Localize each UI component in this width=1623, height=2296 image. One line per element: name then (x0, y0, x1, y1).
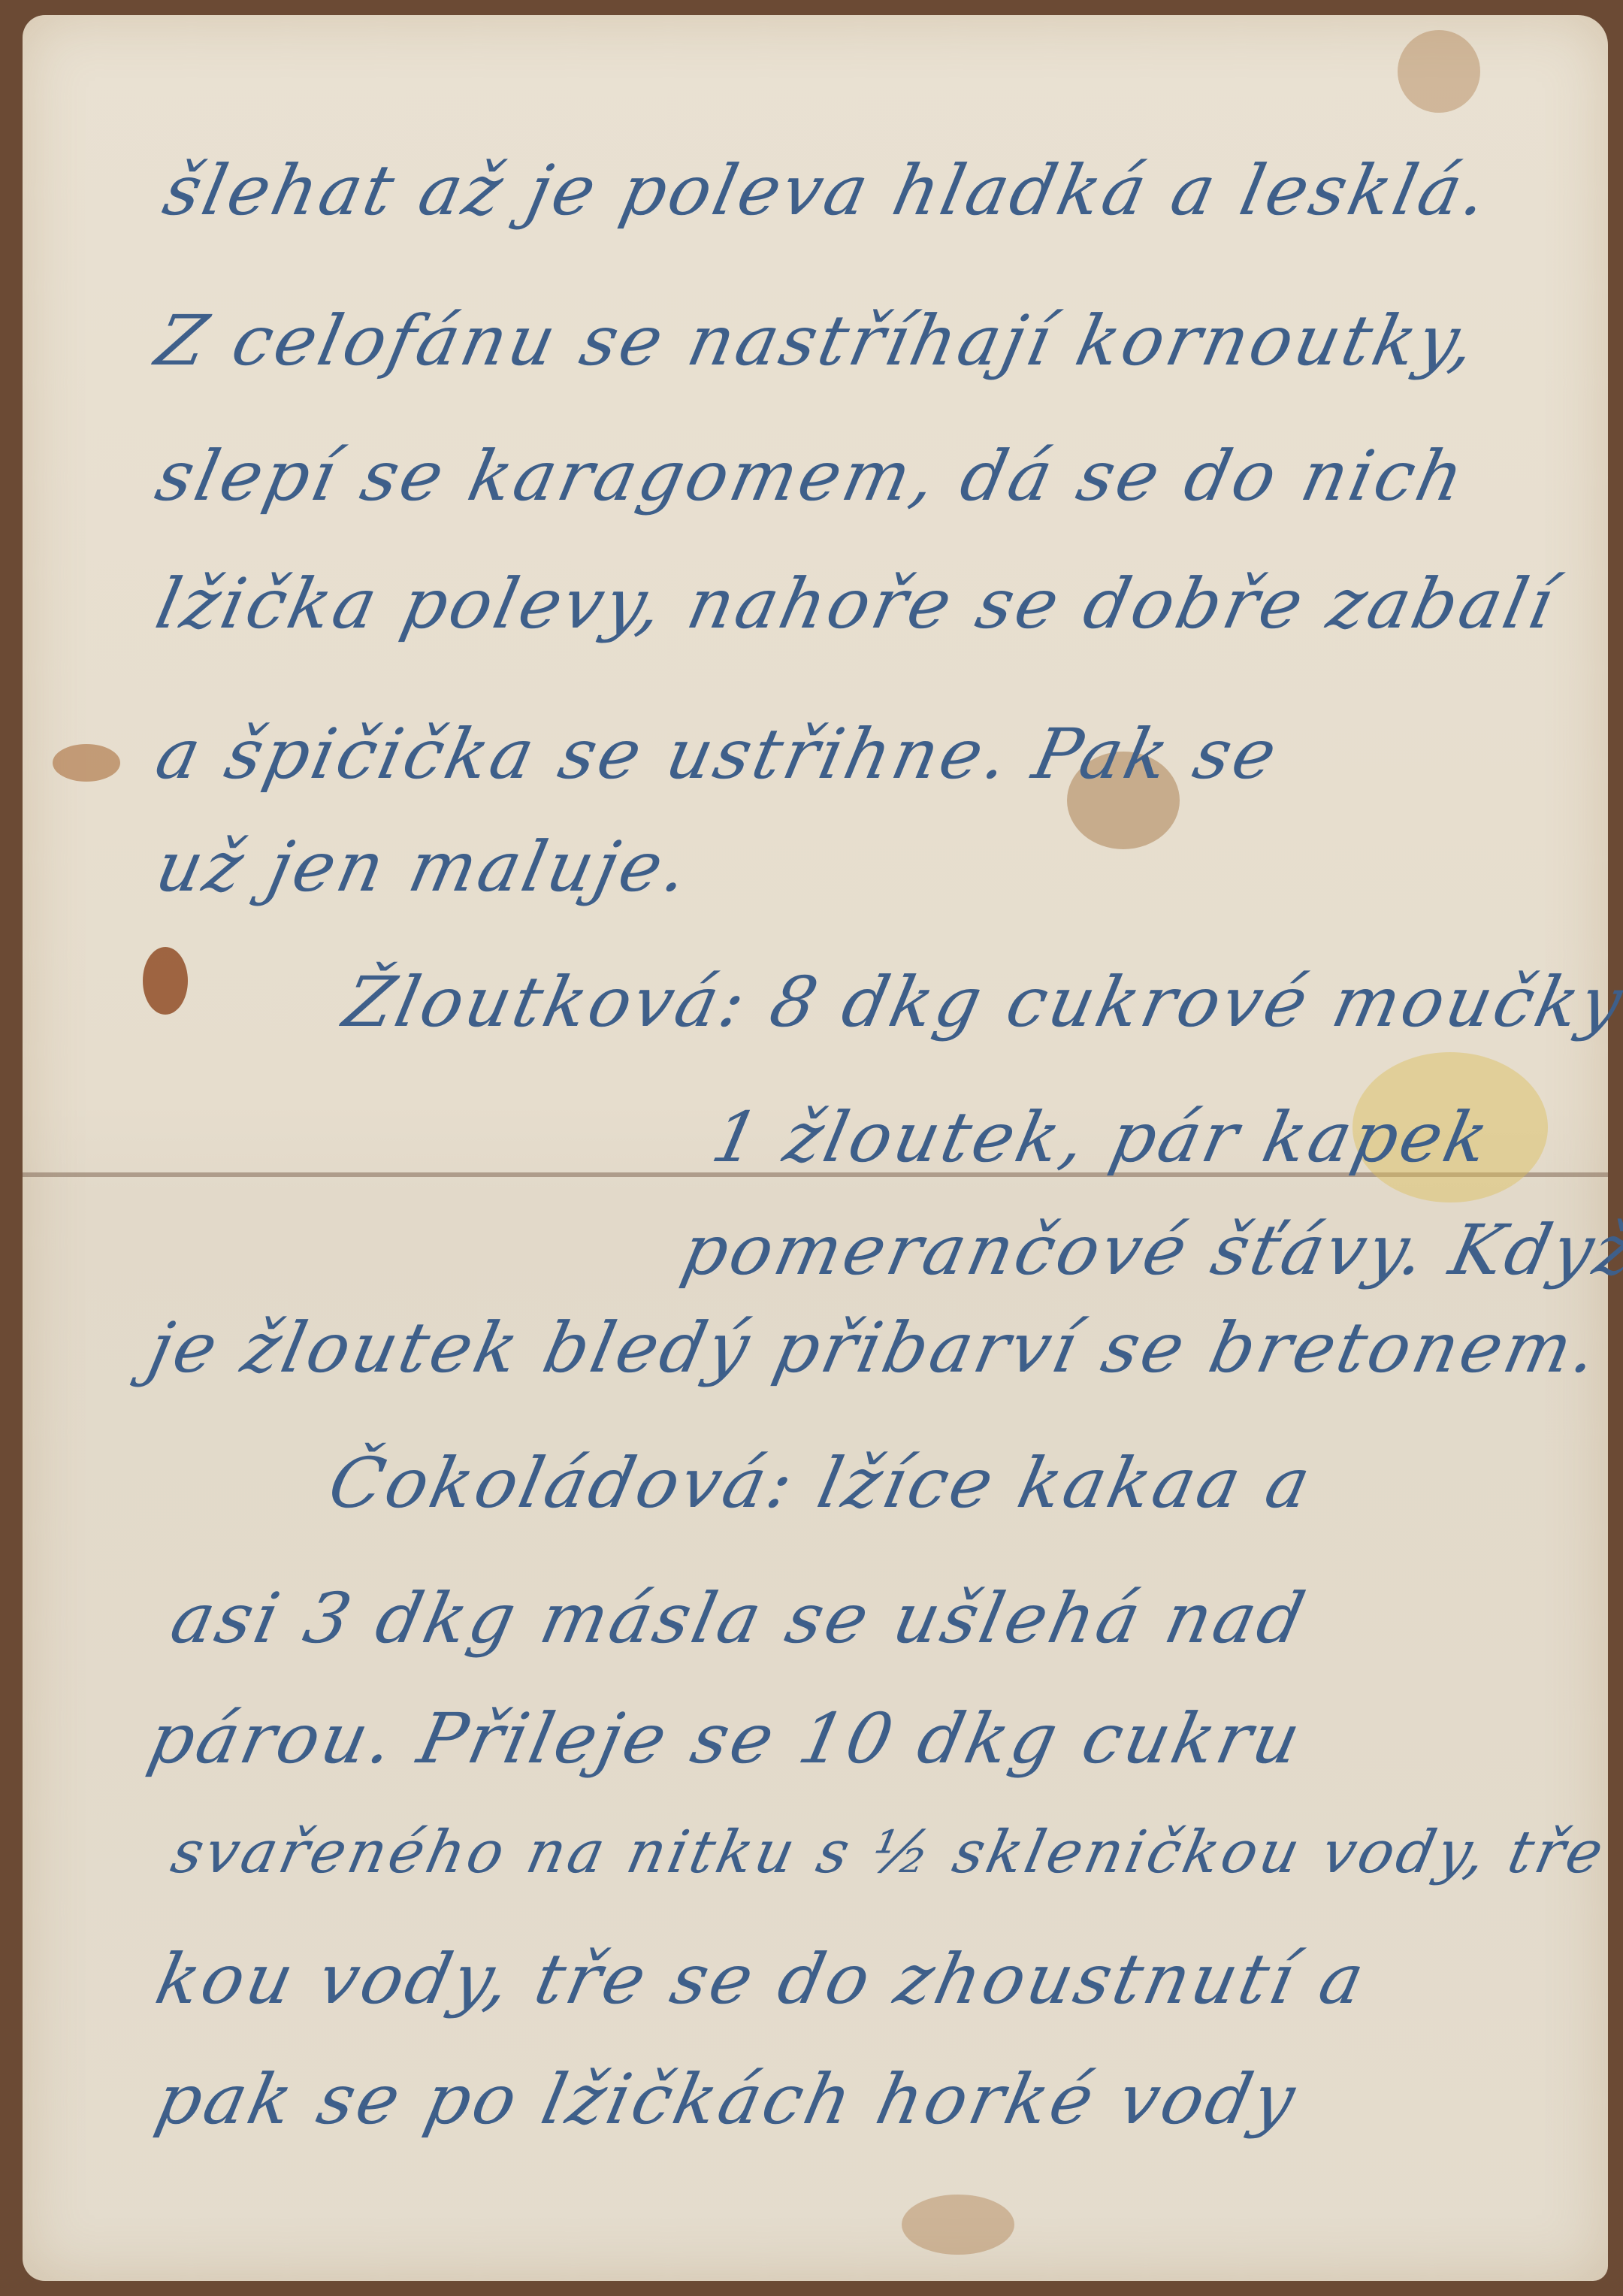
text-line: 1 žloutek, pár kapek (706, 1097, 1498, 1178)
stain (902, 2195, 1014, 2255)
text-line: šlehat až je poleva hladká a lesklá. (157, 150, 1498, 231)
text-line: je žloutek bledý přibarví se bretonem. (142, 1308, 1607, 1388)
text-line: slepí se karagomem, dá se do nich (150, 436, 1473, 516)
text-line: Žloutková: 8 dkg cukrové moučky (337, 962, 1623, 1042)
text-line: Z celofánu se nastříhají kornoutky, (150, 301, 1485, 381)
text-line: Čokoládová: lžíce kakaa a (322, 1443, 1320, 1523)
text-line: pomerančové šťávy. Když (675, 1210, 1623, 1290)
text-line: pak se po lžičkách horké vody (150, 2059, 1305, 2140)
text-line: kou vody, tře se do zhoustnutí a (150, 1939, 1374, 2019)
stain (53, 744, 120, 782)
text-line: asi 3 dkg másla se ušlehá nad (165, 1578, 1314, 1659)
text-line: lžička polevy, nahoře se dobře zabalí (150, 564, 1564, 644)
text-line: už jen maluje. (150, 827, 698, 907)
text-line: svařeného na nitku s ½ skleničkou vody, … (165, 1819, 1623, 1886)
text-line: a špičička se ustřihne. Pak se (150, 714, 1286, 794)
stain (1398, 30, 1480, 113)
stain (143, 947, 188, 1015)
text-line: párou. Přileje se 10 dkg cukru (142, 1699, 1310, 1779)
